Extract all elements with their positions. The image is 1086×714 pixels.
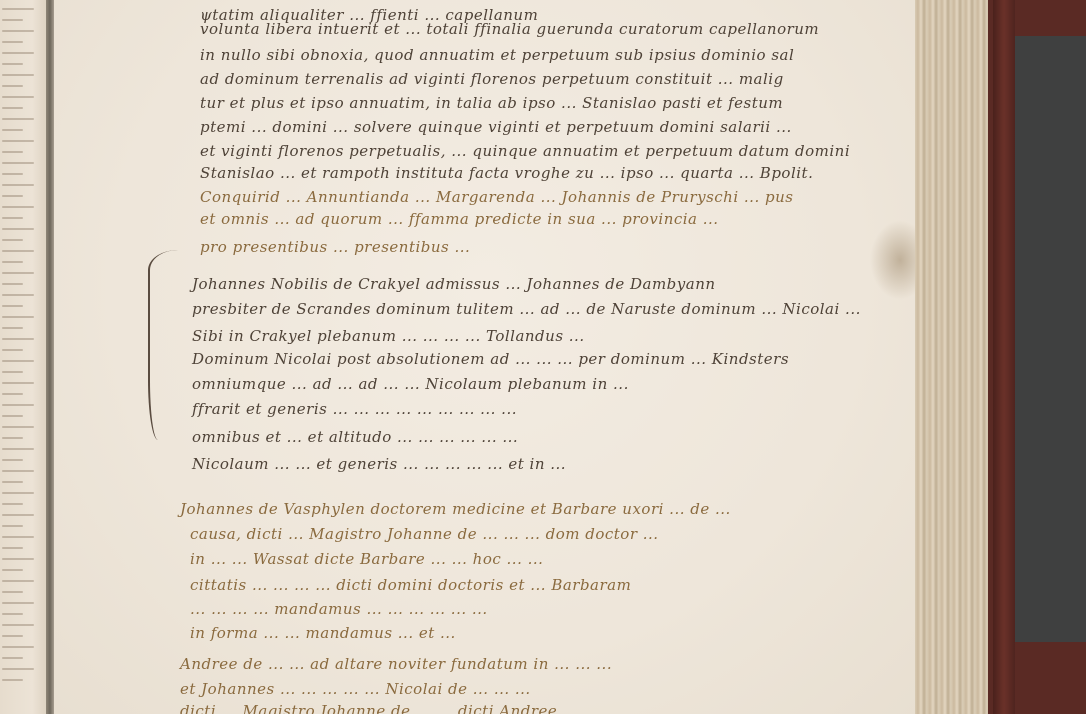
faint-text-line <box>2 569 23 571</box>
faint-text-line <box>2 52 34 54</box>
faint-text-line <box>2 426 34 428</box>
manuscript-line: dicti ... Magistro Johanne de ... ... di… <box>180 702 599 714</box>
faint-text-line <box>2 525 23 527</box>
faint-text-line <box>2 459 23 461</box>
faint-text-line <box>2 492 34 494</box>
faint-text-line <box>2 470 34 472</box>
faint-text-line <box>2 349 23 351</box>
manuscript-line: et Johannes ... ... ... ... ... Nicolai … <box>180 680 531 698</box>
faint-text-line <box>2 635 23 637</box>
faint-text-line <box>2 19 23 21</box>
faint-text-line <box>2 437 23 439</box>
manuscript-line: et omnis ... ad quorum ... ffamma predic… <box>200 210 719 228</box>
faint-text-line <box>2 646 34 648</box>
faint-text-line <box>2 624 34 626</box>
manuscript-line: ffrarit et generis ... ... ... ... ... .… <box>192 400 517 418</box>
margin-bracket <box>148 250 190 440</box>
manuscript-line: tur et plus et ipso annuatim, in talia a… <box>200 94 783 112</box>
book-gutter <box>46 0 54 714</box>
cover-inner-edge <box>993 0 1015 714</box>
faint-text-line <box>2 261 23 263</box>
faint-text-line <box>2 140 34 142</box>
faint-text-line <box>2 173 23 175</box>
faint-text-line <box>2 107 23 109</box>
manuscript-line: Stanislao ... et rampoth instituta facta… <box>200 164 813 182</box>
manuscript-line: presbiter de Scrandes dominum tulitem ..… <box>192 300 861 318</box>
manuscript-line: in ... ... Wassat dicte Barbare ... ... … <box>190 550 543 568</box>
faint-text-line <box>2 41 23 43</box>
manuscript-line: Conquirid ... Annuntianda ... Margarenda… <box>200 188 793 206</box>
faint-text-line <box>2 239 23 241</box>
faint-text-line <box>2 514 34 516</box>
manuscript-line: Dominum Nicolai post absolutionem ad ...… <box>192 350 789 368</box>
faint-text-line <box>2 283 23 285</box>
faint-text-line <box>2 393 23 395</box>
faint-text-line <box>2 415 23 417</box>
manuscript-line: pro presentibus ... presentibus ... <box>200 238 470 256</box>
faint-text-line <box>2 250 34 252</box>
faint-text-line <box>2 679 23 681</box>
manuscript-line: in forma ... ... mandamus ... et ... <box>190 624 456 642</box>
manuscript-line: Nicolaum ... ... et generis ... ... ... … <box>192 455 566 473</box>
facing-page-left <box>0 0 46 714</box>
faint-text-line <box>2 305 23 307</box>
faint-text-line <box>2 327 23 329</box>
faint-text-line <box>2 371 23 373</box>
manuscript-line: Sibi in Crakyel plebanum ... ... ... ...… <box>192 327 585 345</box>
faint-text-line <box>2 85 23 87</box>
faint-text-line <box>2 591 23 593</box>
manuscript-line: et viginti florenos perpetualis, ... qui… <box>200 142 850 160</box>
manuscript-line: in nullo sibi obnoxia, quod annuatim et … <box>200 46 794 64</box>
faint-text-line <box>2 338 34 340</box>
manuscript-line: Andree de ... ... ad altare noviter fund… <box>180 655 612 673</box>
faint-text-line <box>2 272 34 274</box>
manuscript-line: omnibus et ... et altitudo ... ... ... .… <box>192 428 518 446</box>
faint-text-line <box>2 206 34 208</box>
faint-text-line <box>2 30 34 32</box>
faint-text-line <box>2 580 34 582</box>
faint-text-line <box>2 184 34 186</box>
faint-text-line <box>2 228 34 230</box>
manuscript-photo: ψtatim aliqualiter ... ffienti ... capel… <box>0 0 1086 714</box>
faint-text-line <box>2 558 34 560</box>
faint-text-line <box>2 294 34 296</box>
faint-text-line <box>2 195 23 197</box>
faint-text-line <box>2 96 34 98</box>
faint-text-line <box>2 118 34 120</box>
manuscript-line: Johannes Nobilis de Crakyel admissus ...… <box>192 275 716 293</box>
faint-text-line <box>2 63 23 65</box>
faint-text-line <box>2 503 23 505</box>
faint-text-line <box>2 360 34 362</box>
manuscript-line: volunta libera intuerit et ... totali ff… <box>200 20 819 38</box>
faint-text-line <box>2 448 34 450</box>
manuscript-line: omniumque ... ad ... ad ... ... Nicolaum… <box>192 375 629 393</box>
faint-text-line <box>2 162 34 164</box>
faint-text-line <box>2 481 23 483</box>
cover-felt-panel <box>1015 36 1086 642</box>
faint-text-line <box>2 74 34 76</box>
faint-text-line <box>2 129 23 131</box>
faint-text-line <box>2 8 34 10</box>
faint-text-line <box>2 217 23 219</box>
manuscript-line: causa, dicti ... Magistro Johanne de ...… <box>190 525 659 543</box>
faint-text-line <box>2 613 23 615</box>
faint-text-line <box>2 404 34 406</box>
manuscript-line: Johannes de Vasphylen doctorem medicine … <box>180 500 731 518</box>
faint-text-line <box>2 657 23 659</box>
faint-text-line <box>2 668 34 670</box>
page-edges <box>915 0 993 714</box>
manuscript-line: cittatis ... ... ... ... dicti domini do… <box>190 576 631 594</box>
faint-text-line <box>2 151 23 153</box>
manuscript-line: ad dominum terrenalis ad viginti floreno… <box>200 70 784 88</box>
manuscript-line: ... ... ... ... mandamus ... ... ... ...… <box>190 600 488 618</box>
faint-text-line <box>2 602 34 604</box>
faint-text-line <box>2 316 34 318</box>
manuscript-line: ptemi ... domini ... solvere quinque vig… <box>200 118 792 136</box>
faint-text-line <box>2 536 34 538</box>
faint-text-line <box>2 382 34 384</box>
faint-text-line <box>2 547 23 549</box>
